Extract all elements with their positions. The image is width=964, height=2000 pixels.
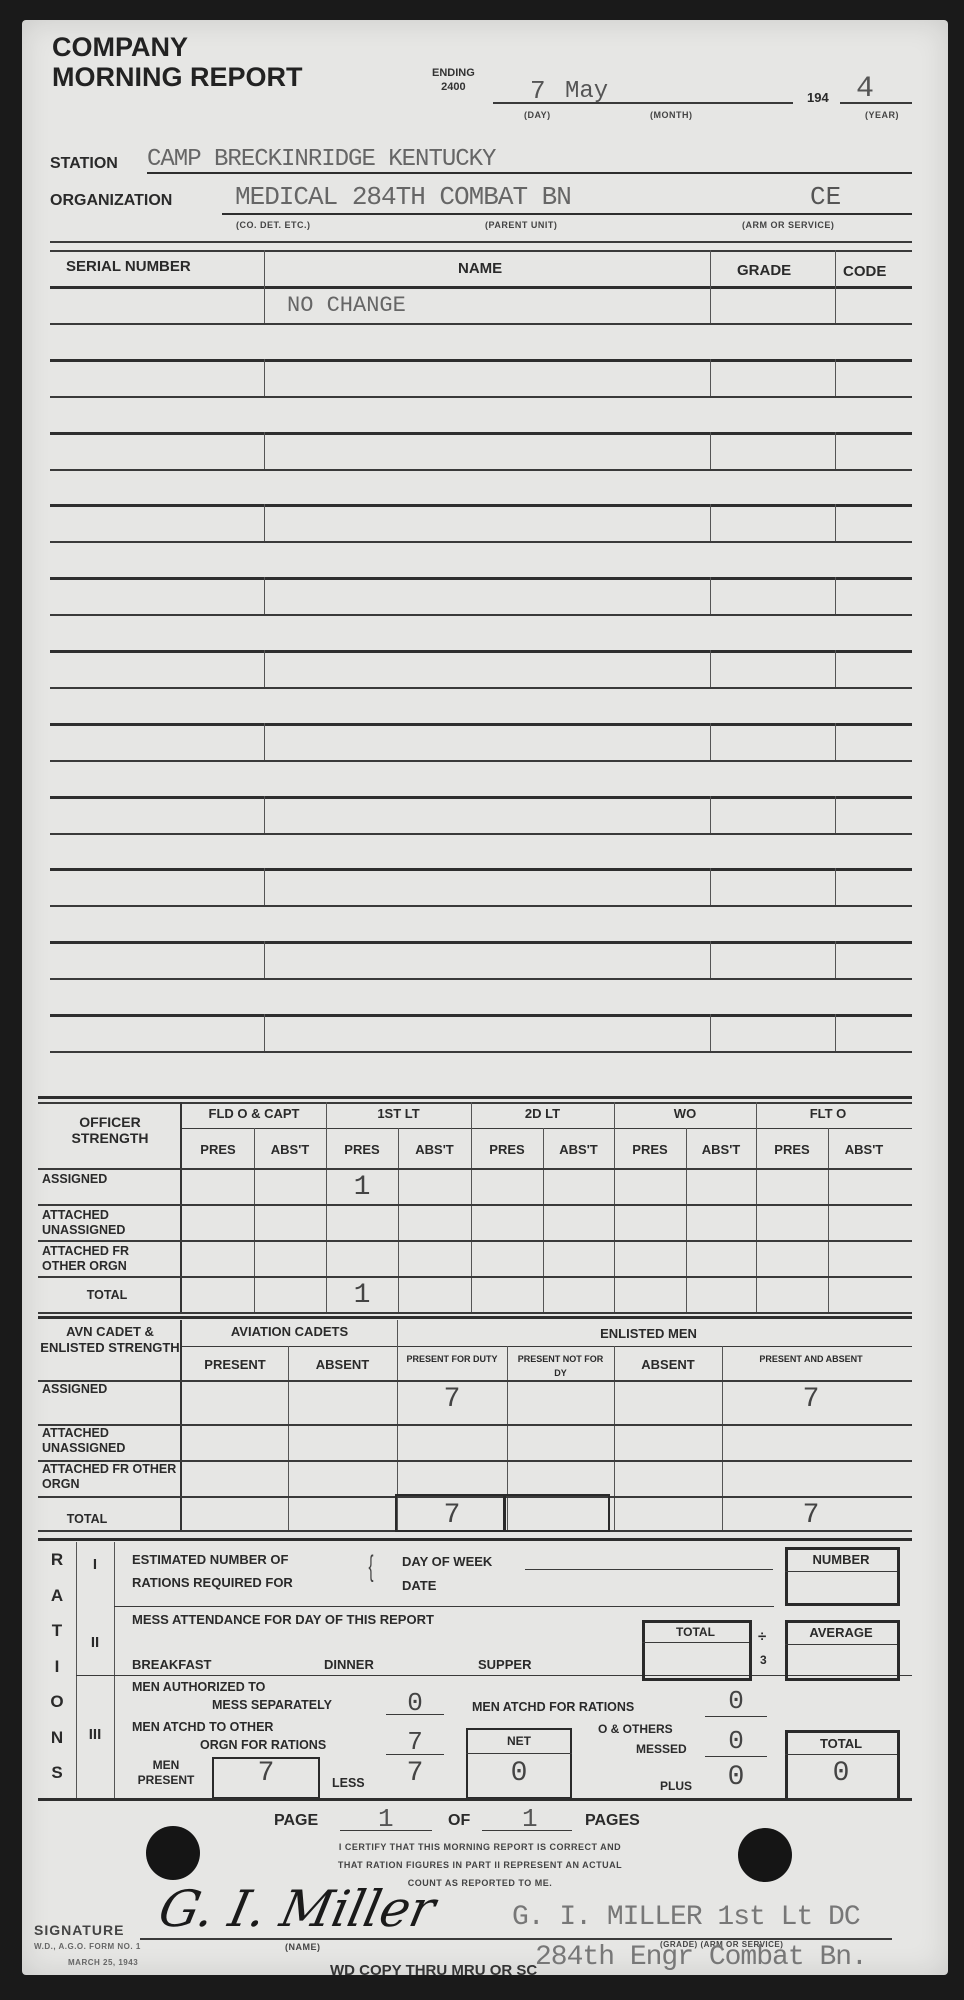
total-pages-field[interactable]: 1	[522, 1804, 538, 1834]
entry-name-cell[interactable]: NO CHANGE	[287, 293, 406, 318]
part-3-numeral: III	[76, 1726, 114, 1743]
others-label-2: MESSED	[636, 1742, 687, 1756]
officer-sub-header: PRES	[182, 1142, 254, 1157]
brace-icon: {	[369, 1550, 374, 1584]
enlisted-column-header: PRESENT	[182, 1358, 288, 1372]
plus-value[interactable]: 0	[705, 1762, 767, 1793]
month-field[interactable]: May	[565, 78, 608, 105]
officer-group-header: 2D LT	[471, 1106, 614, 1121]
page-number-field[interactable]: 1	[378, 1804, 394, 1834]
date-label: DATE	[402, 1578, 436, 1593]
enlisted-strength-title: AVN CADET & ENLISTED STRENGTH	[40, 1324, 180, 1356]
enlisted-column-header: PRESENT FOR DUTY	[397, 1352, 507, 1366]
officer-strength-title: OFFICER STRENGTH	[40, 1114, 180, 1146]
table-row[interactable]	[50, 941, 912, 1013]
year-field[interactable]: 4	[856, 72, 874, 106]
men-present-value[interactable]: 7	[212, 1758, 320, 1789]
atchd-rations-label: MEN ATCHD FOR RATIONS	[472, 1700, 634, 1714]
typed-unit[interactable]: 284th Engr Combat Bn.	[535, 1942, 867, 1973]
supper-label: SUPPER	[478, 1657, 531, 1672]
day-of-week-field[interactable]	[525, 1569, 773, 1570]
rations-side-letter: A	[38, 1586, 76, 1606]
officer-sub-header: ABS'T	[686, 1142, 756, 1157]
table-row[interactable]	[50, 723, 912, 795]
part-1-numeral: I	[76, 1556, 114, 1573]
officer-row-label: ASSIGNED	[42, 1172, 172, 1187]
mess-separately-label-2: MESS SEPARATELY	[212, 1698, 332, 1712]
enlisted-column-header: PRESENT NOT FOR DY	[507, 1352, 614, 1380]
rations-side-letter: S	[38, 1763, 76, 1783]
less-label: LESS	[332, 1776, 365, 1790]
rations-total-label: TOTAL	[785, 1736, 897, 1751]
enlisted-row-label: ASSIGNED	[42, 1382, 177, 1397]
code-header: CODE	[843, 263, 886, 280]
year-prefix: 194	[807, 90, 829, 105]
part-1-text-2: RATIONS REQUIRED FOR	[132, 1575, 293, 1590]
net-label: NET	[466, 1734, 572, 1748]
typed-name-grade[interactable]: G. I. MILLER 1st Lt DC	[512, 1902, 860, 1933]
others-label-1: O & OTHERS	[598, 1722, 673, 1736]
officer-sub-header: PRES	[471, 1142, 543, 1157]
parent-caption: (PARENT UNIT)	[485, 220, 557, 230]
officer-sub-header: PRES	[326, 1142, 398, 1157]
form-number: W.D., A.G.O. FORM NO. 1	[34, 1942, 141, 1951]
plus-label: PLUS	[660, 1779, 692, 1793]
atchd-other-value[interactable]: 7	[386, 1727, 444, 1757]
table-row[interactable]	[50, 577, 912, 649]
arm-service-field[interactable]: CE	[810, 182, 841, 212]
officer-sub-header: ABS'T	[828, 1142, 900, 1157]
divide-by-3: 3	[760, 1653, 767, 1667]
officer-sub-header: ABS'T	[254, 1142, 326, 1157]
title-line-1: COMPANY	[52, 32, 303, 62]
officer-sub-header: PRES	[614, 1142, 686, 1157]
officer-row-label: TOTAL	[42, 1288, 172, 1303]
mess-separately-label-1: MEN AUTHORIZED TO	[132, 1680, 265, 1694]
rations-side-letter: N	[38, 1728, 76, 1748]
officer-sub-header: ABS'T	[543, 1142, 614, 1157]
year-caption: (YEAR)	[865, 110, 899, 120]
officer-strength-cell[interactable]: 1	[326, 1172, 398, 1203]
rations-side-letter: I	[38, 1657, 76, 1677]
enlisted-column-header: ABSENT	[614, 1358, 722, 1372]
rations-side-letter: T	[38, 1621, 76, 1641]
day-caption: (DAY)	[524, 110, 551, 120]
enlisted-strength-cell[interactable]: 7	[397, 1384, 507, 1415]
signature-label: SIGNATURE	[34, 1922, 124, 1938]
officer-group-header: FLD O & CAPT	[182, 1106, 326, 1121]
day-field[interactable]: 7	[530, 76, 546, 106]
mess-total-label: TOTAL	[642, 1625, 749, 1639]
table-row[interactable]	[50, 1014, 912, 1086]
table-row[interactable]	[50, 432, 912, 504]
officer-row-label: ATTACHED UNASSIGNED	[42, 1208, 172, 1238]
table-row[interactable]	[50, 868, 912, 940]
enlisted-column-header: PRESENT AND ABSENT	[722, 1352, 900, 1366]
total-pnfd-box	[504, 1494, 610, 1532]
others-messed-value[interactable]: 0	[705, 1726, 767, 1756]
part-2-numeral: II	[76, 1634, 114, 1651]
enlisted-column-header: ABSENT	[288, 1358, 397, 1372]
table-row[interactable]	[50, 650, 912, 722]
punch-hole-right	[738, 1828, 792, 1882]
pages-label: PAGES	[585, 1812, 640, 1830]
mess-attendance-label: MESS ATTENDANCE FOR DAY OF THIS REPORT	[132, 1612, 434, 1627]
name-caption: (NAME)	[285, 1942, 321, 1952]
mess-separately-value[interactable]: 0	[386, 1688, 444, 1718]
officer-group-header: FLT O	[756, 1106, 900, 1121]
ending-label: ENDING 2400	[432, 66, 475, 94]
less-value[interactable]: 7	[386, 1758, 444, 1789]
serial-number-header: SERIAL NUMBER	[66, 258, 191, 275]
average-label: AVERAGE	[785, 1625, 897, 1640]
certify-line-1: I CERTIFY THAT THIS MORNING REPORT IS CO…	[220, 1838, 740, 1856]
form-title: COMPANY MORNING REPORT	[52, 32, 303, 92]
officer-row-label: ATTACHED FR OTHER ORGN	[42, 1244, 172, 1274]
rations-side-letter: O	[38, 1692, 76, 1712]
enlisted-row-label: ATTACHED UNASSIGNED	[42, 1426, 177, 1456]
aviation-cadets-header: AVIATION CADETS	[182, 1324, 397, 1339]
of-label: OF	[448, 1812, 470, 1830]
rations-side-letter: R	[38, 1550, 76, 1570]
station-field[interactable]: CAMP BRECKINRIDGE KENTUCKY	[147, 146, 495, 173]
enlisted-strength-cell[interactable]: 7	[722, 1384, 900, 1415]
officer-sub-header: PRES	[756, 1142, 828, 1157]
ending-text: ENDING	[432, 66, 475, 80]
enlisted-row-label: ATTACHED FR OTHER ORGN	[42, 1462, 177, 1492]
month-caption: (MONTH)	[650, 110, 693, 120]
part-1-text-1: ESTIMATED NUMBER OF	[132, 1552, 288, 1567]
day-of-week-label: DAY OF WEEK	[402, 1554, 492, 1569]
table-row[interactable]	[50, 796, 912, 868]
certify-line-2: THAT RATION FIGURES IN PART II REPRESENT…	[220, 1856, 740, 1874]
men-present-label-1: MEN	[118, 1758, 214, 1773]
organization-field[interactable]: MEDICAL 284TH COMBAT BN	[235, 182, 571, 212]
page-label: PAGE	[274, 1812, 318, 1830]
officer-sub-header: ABS'T	[398, 1142, 471, 1157]
enlisted-strength-cell[interactable]: 7	[722, 1500, 900, 1531]
organization-label: ORGANIZATION	[50, 192, 172, 210]
wd-copy-note: WD COPY THRU MRU OR SC	[330, 1962, 537, 1979]
divide-icon: ÷	[758, 1628, 766, 1645]
atchd-other-label-1: MEN ATCHD TO OTHER	[132, 1720, 273, 1734]
grade-header: GRADE	[737, 262, 791, 279]
ending-time: 2400	[432, 80, 475, 94]
atchd-rations-value[interactable]: 0	[705, 1686, 767, 1716]
table-row[interactable]	[50, 504, 912, 576]
number-label: NUMBER	[785, 1552, 897, 1567]
total-pfd-box	[395, 1494, 505, 1532]
dinner-label: DINNER	[324, 1657, 374, 1672]
table-row[interactable]	[50, 286, 912, 358]
punch-hole-left	[146, 1826, 200, 1880]
enlisted-men-header: ENLISTED MEN	[397, 1326, 900, 1341]
atchd-other-label-2: ORGN FOR RATIONS	[200, 1738, 326, 1752]
rations-total-value[interactable]: 0	[785, 1758, 897, 1789]
name-header: NAME	[458, 260, 502, 277]
net-value[interactable]: 0	[466, 1758, 572, 1789]
station-label: STATION	[50, 155, 118, 173]
enlisted-row-label: TOTAL	[42, 1512, 132, 1527]
co-caption: (CO. DET. ETC.)	[236, 220, 311, 230]
breakfast-label: BREAKFAST	[132, 1657, 211, 1672]
table-row[interactable]	[50, 359, 912, 431]
men-present-label-2: PRESENT	[118, 1773, 214, 1787]
arm-caption: (ARM OR SERVICE)	[742, 220, 834, 230]
handwritten-signature[interactable]: G. I. Miller	[154, 1880, 440, 1938]
officer-group-header: WO	[614, 1106, 756, 1121]
officer-strength-cell[interactable]: 1	[326, 1280, 398, 1311]
title-line-2: MORNING REPORT	[52, 62, 303, 92]
form-date: MARCH 25, 1943	[68, 1958, 138, 1967]
officer-group-header: 1ST LT	[326, 1106, 471, 1121]
